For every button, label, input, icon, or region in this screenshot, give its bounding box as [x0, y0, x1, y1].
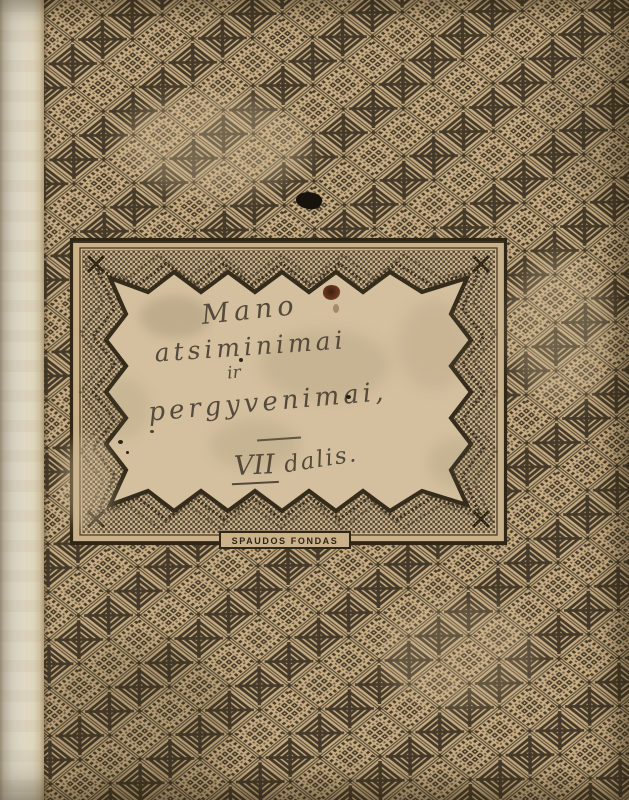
- part-numeral: VII: [230, 449, 279, 485]
- book-spine: [0, 0, 44, 800]
- notebook-cover: Mano atsiminimai ir pergyvenimai, VII da…: [0, 0, 629, 800]
- handwriting-line-3: ir: [213, 361, 255, 384]
- publisher-imprint: SPAUDOS FONDAS: [221, 533, 349, 548]
- handwriting-part-line: VII dalis.: [230, 445, 359, 486]
